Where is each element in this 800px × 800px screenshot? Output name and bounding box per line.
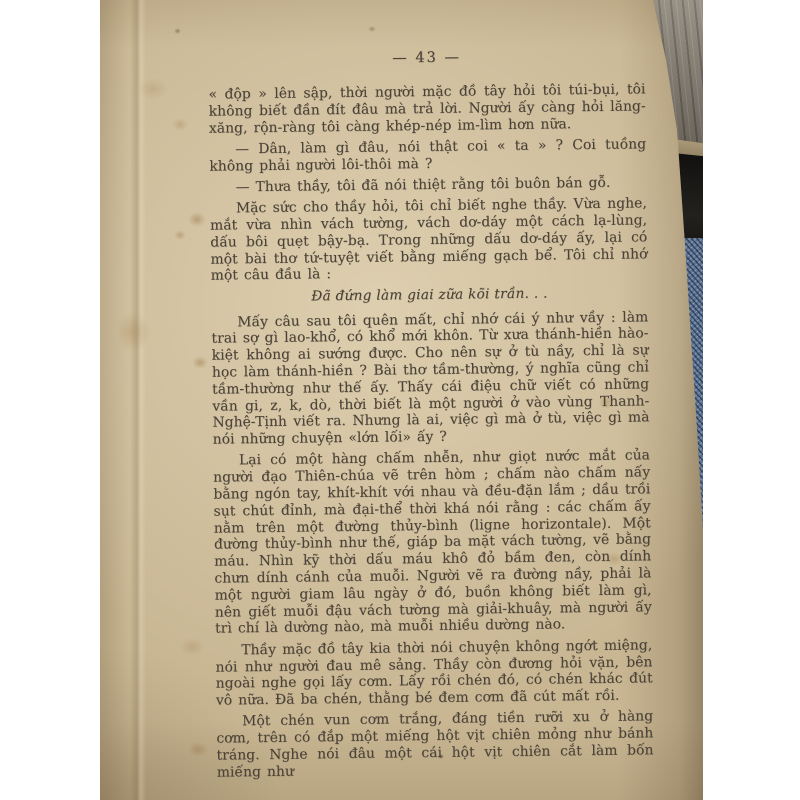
stain [174, 28, 181, 34]
body-paragraph: Thầy mặc đồ tây kia thời nói chuyện khôn… [215, 637, 653, 710]
stain [188, 212, 206, 227]
stain [192, 356, 208, 369]
dialog-line: — Thưa thầy, tôi đã nói thiệt rằng tôi b… [210, 174, 647, 196]
body-paragraph: Mấy câu sau tôi quên mất, chỉ nhớ cái ý … [211, 309, 650, 449]
book-page: — 43 — « độp » lên sập, thời người mặc đ… [100, 0, 703, 800]
page-number: — 43 — [208, 47, 645, 68]
book-photo: — 43 — « độp » lên sập, thời người mặc đ… [100, 0, 703, 800]
dialog-line: — Dân, làm gì đâu, nói thật coi « ta » ?… [209, 136, 646, 175]
body-paragraph: « độp » lên sập, thời người mặc đồ tây h… [208, 81, 646, 137]
stain [174, 230, 186, 240]
page-content: — 43 — « độp » lên sập, thời người mặc đ… [208, 47, 654, 785]
stain [180, 638, 204, 656]
stain [368, 26, 376, 32]
verse-line: Đã đứng làm giai zữa kõi trần. . . [211, 284, 648, 306]
page-crease [130, 0, 146, 800]
stain [188, 742, 208, 757]
stain [172, 118, 188, 131]
body-paragraph: Một chén vun cơm trắng, đáng tiền rưỡi x… [216, 709, 654, 782]
body-paragraph: Lại có một hàng chấm nhễn, như giọt nước… [213, 448, 652, 638]
body-paragraph: Mặc sức cho thầy hỏi, tôi chỉ biết nghe … [210, 196, 648, 285]
